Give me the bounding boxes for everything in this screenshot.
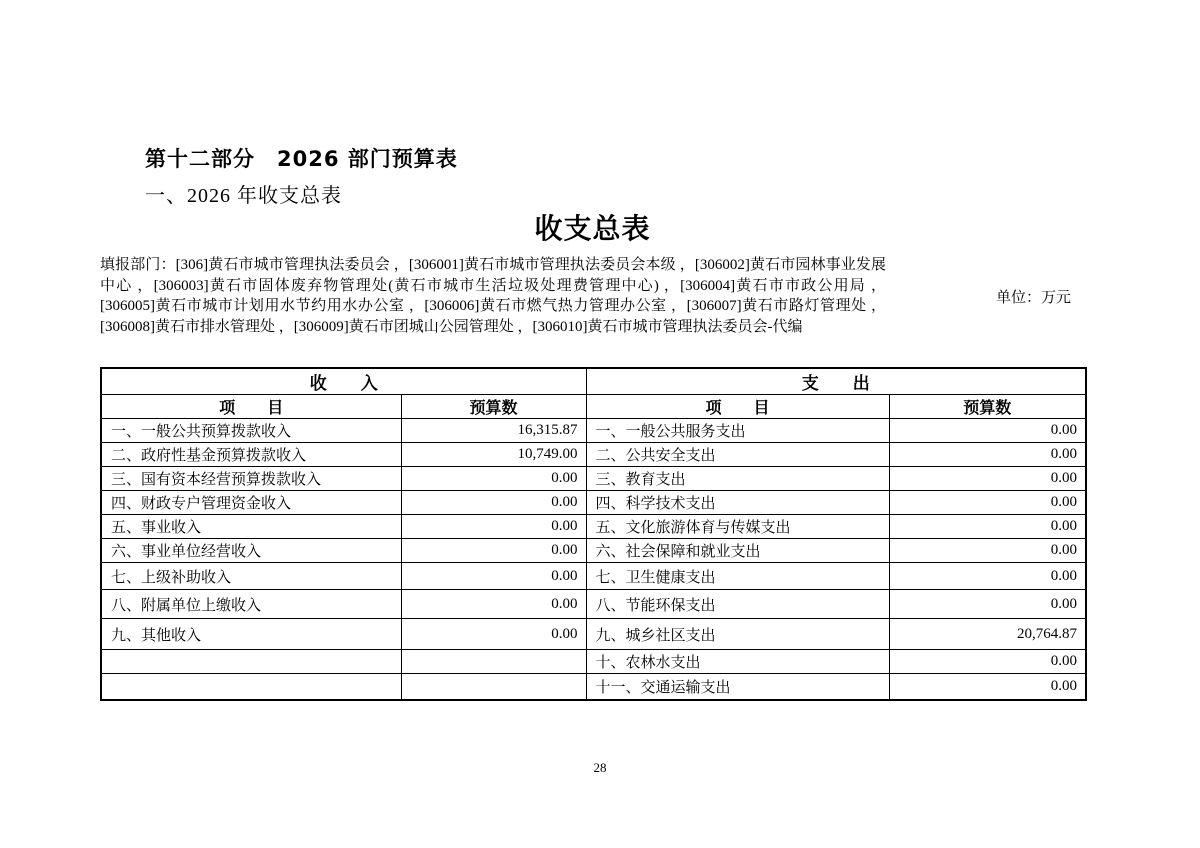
table-row: 四、财政专户管理资金收入0.00四、科学技术支出0.00 <box>101 491 1086 515</box>
income-budget-cell: 0.00 <box>401 539 586 563</box>
expense-item-cell: 九、城乡社区支出 <box>586 619 889 650</box>
income-budget-cell: 0.00 <box>401 491 586 515</box>
expense-item-cell: 三、教育支出 <box>586 467 889 491</box>
table-title: 收支总表 <box>100 207 1085 247</box>
expense-budget-cell: 0.00 <box>889 674 1086 700</box>
income-item-cell <box>101 674 401 700</box>
table-row: 六、事业单位经营收入0.00六、社会保障和就业支出0.00 <box>101 539 1086 563</box>
expense-item-cell: 五、文化旅游体育与传媒支出 <box>586 515 889 539</box>
expense-item-cell: 四、科学技术支出 <box>586 491 889 515</box>
expenditure-item-header: 项 目 <box>586 395 889 419</box>
income-budget-cell: 0.00 <box>401 467 586 491</box>
expense-budget-cell: 0.00 <box>889 491 1086 515</box>
income-budget-header: 预算数 <box>401 395 586 419</box>
income-item-cell: 四、财政专户管理资金收入 <box>101 491 401 515</box>
expense-budget-cell: 0.00 <box>889 443 1086 467</box>
income-item-cell: 一、一般公共预算拨款收入 <box>101 419 401 443</box>
expense-budget-cell: 0.00 <box>889 419 1086 443</box>
page-number: 28 <box>0 760 1200 776</box>
income-item-cell: 三、国有资本经营预算拨款收入 <box>101 467 401 491</box>
income-item-cell: 八、附属单位上缴收入 <box>101 590 401 619</box>
expense-item-cell: 八、节能环保支出 <box>586 590 889 619</box>
income-item-cell: 七、上级补助收入 <box>101 563 401 590</box>
table-row: 十一、交通运输支出0.00 <box>101 674 1086 700</box>
table-row: 三、国有资本经营预算拨款收入0.00三、教育支出0.00 <box>101 467 1086 491</box>
expense-item-cell: 一、一般公共服务支出 <box>586 419 889 443</box>
income-budget-cell: 0.00 <box>401 563 586 590</box>
expense-budget-cell: 0.00 <box>889 539 1086 563</box>
expenditure-budget-header: 预算数 <box>889 395 1086 419</box>
income-item-cell: 九、其他收入 <box>101 619 401 650</box>
table-row: 二、政府性基金预算拨款收入10,749.00二、公共安全支出0.00 <box>101 443 1086 467</box>
expense-budget-cell: 0.00 <box>889 467 1086 491</box>
expense-item-cell: 七、卫生健康支出 <box>586 563 889 590</box>
expense-budget-cell: 20,764.87 <box>889 619 1086 650</box>
expense-item-cell: 六、社会保障和就业支出 <box>586 539 889 563</box>
income-budget-cell: 10,749.00 <box>401 443 586 467</box>
income-item-cell: 五、事业收入 <box>101 515 401 539</box>
expense-budget-cell: 0.00 <box>889 515 1086 539</box>
expense-item-cell: 二、公共安全支出 <box>586 443 889 467</box>
table-row: 八、附属单位上缴收入0.00八、节能环保支出0.00 <box>101 590 1086 619</box>
table-row: 七、上级补助收入0.00七、卫生健康支出0.00 <box>101 563 1086 590</box>
income-item-cell: 六、事业单位经营收入 <box>101 539 401 563</box>
income-budget-cell <box>401 650 586 674</box>
income-budget-cell: 0.00 <box>401 619 586 650</box>
table-row: 一、一般公共预算拨款收入16,315.87一、一般公共服务支出0.00 <box>101 419 1086 443</box>
income-budget-cell <box>401 674 586 700</box>
income-budget-cell: 0.00 <box>401 515 586 539</box>
expense-item-cell: 十、农林水支出 <box>586 650 889 674</box>
table-row: 九、其他收入0.00九、城乡社区支出20,764.87 <box>101 619 1086 650</box>
budget-summary-table: 收 入 支 出 项 目 预算数 项 目 预算数 一、一般公共预算拨款收入16,3… <box>100 367 1087 701</box>
expense-budget-cell: 0.00 <box>889 650 1086 674</box>
income-section-header: 收 入 <box>101 368 586 395</box>
section-header-row: 收 入 支 出 <box>101 368 1086 395</box>
table-row: 十、农林水支出0.00 <box>101 650 1086 674</box>
income-budget-cell: 0.00 <box>401 590 586 619</box>
filler-department-note: 填报部门：[306]黄石市城市管理执法委员会 ，[306001]黄石市城市管理执… <box>100 255 886 337</box>
table-row: 五、事业收入0.00五、文化旅游体育与传媒支出0.00 <box>101 515 1086 539</box>
note-row: 填报部门：[306]黄石市城市管理执法委员会 ，[306001]黄石市城市管理执… <box>100 255 1085 337</box>
income-item-cell: 二、政府性基金预算拨款收入 <box>101 443 401 467</box>
income-item-cell <box>101 650 401 674</box>
income-budget-cell: 16,315.87 <box>401 419 586 443</box>
expense-budget-cell: 0.00 <box>889 563 1086 590</box>
unit-label: 单位：万元 <box>996 286 1085 307</box>
column-header-row: 项 目 预算数 项 目 预算数 <box>101 395 1086 419</box>
expense-budget-cell: 0.00 <box>889 590 1086 619</box>
income-item-header: 项 目 <box>101 395 401 419</box>
expense-item-cell: 十一、交通运输支出 <box>586 674 889 700</box>
sub-heading: 一、2026 年收支总表 <box>145 179 342 208</box>
section-heading: 第十二部分 2026 部门预算表 <box>145 143 458 173</box>
expenditure-section-header: 支 出 <box>586 368 1086 395</box>
